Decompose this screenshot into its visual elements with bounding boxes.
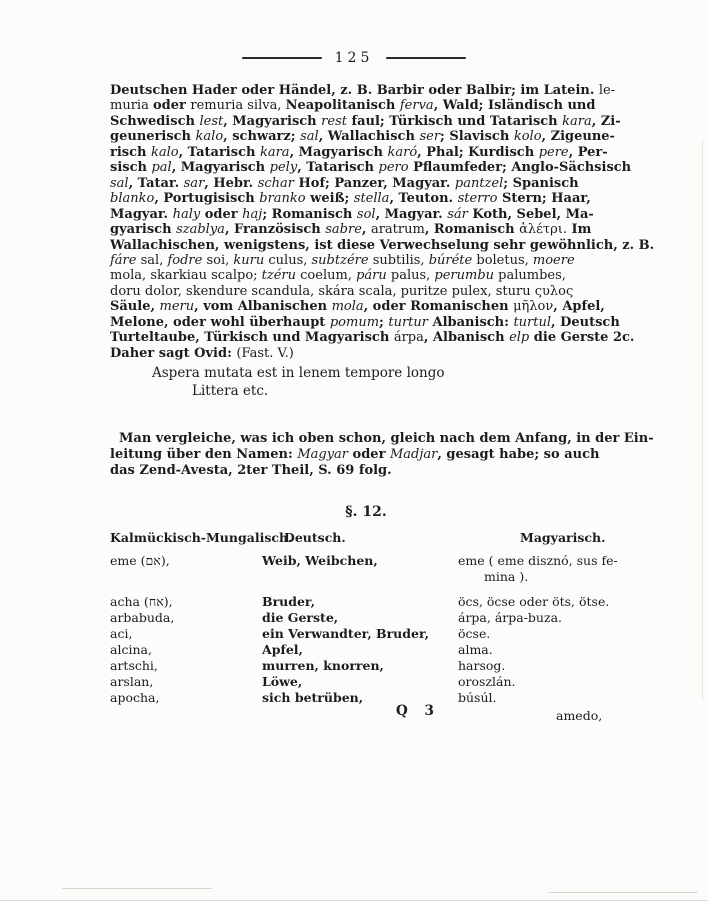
text-segment: kara — [562, 114, 592, 129]
table-row: arslan,Löwe,oroszlán. — [110, 674, 630, 690]
text-segment: pantzel — [455, 176, 503, 191]
cell-kalmuck: arslan, — [110, 674, 262, 690]
text-segment: meru — [160, 299, 195, 314]
text-segment: faul; Türkisch und Tatarisch — [347, 114, 562, 129]
text-line: das Zend-Avesta, 2ter Theil, S. 69 folg. — [110, 463, 626, 479]
text-line: Wallachischen, wenigstens, ist diese Ver… — [110, 238, 626, 253]
text-segment: ferva — [400, 98, 434, 113]
text-segment: oder — [200, 207, 242, 222]
text-segment: Koth, Sebel, Ma- — [468, 207, 594, 222]
paragraph-2: Man vergleiche, was ich oben schon, glei… — [110, 431, 626, 478]
cell-magyar: árpa, árpa-buza. — [458, 610, 630, 626]
text-line: Säule, meru, vom Albanischen mola, oder … — [110, 299, 626, 314]
text-segment: , Romanisch — [425, 222, 519, 237]
cell-deutsch: Bruder, — [262, 594, 458, 610]
text-segment: mola, skarkiau scalpo; — [110, 268, 262, 283]
text-segment: , — [362, 222, 371, 237]
text-segment: , Deutsch — [551, 315, 620, 330]
text-segment: kolo — [514, 129, 542, 144]
text-segment: , Hebr. — [204, 176, 257, 191]
table-row: acha (אח),Bruder,öcs, öcse oder öts, öts… — [110, 594, 630, 610]
text-line: doru dolor, skendure scandula, skára sca… — [110, 284, 626, 299]
text-segment: sal — [110, 176, 129, 191]
text-segment: Madjar — [390, 447, 437, 462]
text-segment: rest — [321, 114, 347, 129]
text-segment: kuru — [233, 253, 264, 268]
cell-deutsch: Weib, Weibchen, — [262, 553, 458, 585]
head-rule-left — [242, 57, 322, 59]
text-segment: sar — [184, 176, 205, 191]
text-segment: culus, — [264, 253, 311, 268]
text-segment: elp — [509, 330, 529, 345]
text-segment: das Zend-Avesta, 2ter Theil, S. 69 folg. — [110, 463, 392, 478]
table-row: arbabuda,die Gerste,árpa, árpa-buza. — [110, 610, 630, 626]
text-line: Daher sagt Ovid: (Fast. V.) — [110, 346, 626, 361]
text-segment: , Wallachisch — [319, 129, 420, 144]
text-segment: , Teuton. — [389, 191, 457, 206]
text-segment: doru dolor, skendure scandula, skára sca… — [110, 284, 573, 299]
cell-kalmuck: aci, — [110, 626, 262, 642]
text-line: sisch pal, Magyarisch pely, Tatarisch pe… — [110, 160, 626, 175]
text-segment: stella — [354, 191, 390, 206]
cell-magyar: öcs, öcse oder öts, ötse. — [458, 594, 630, 610]
text-segment: coelum, — [296, 268, 356, 283]
text-segment: moere — [533, 253, 575, 268]
cell-deutsch: die Gerste, — [262, 610, 458, 626]
text-segment: sár — [447, 207, 468, 222]
column-header-magyar: Magyarisch. — [458, 530, 630, 546]
cell-kalmuck: alcina, — [110, 642, 262, 658]
text-segment: , Phal; Kurdisch — [417, 145, 539, 160]
text-segment: Neapolitanisch — [286, 98, 400, 113]
text-segment: weiß; — [306, 191, 354, 206]
text-segment: remuria silva, — [190, 98, 285, 113]
cell-kalmuck: apocha, — [110, 690, 262, 706]
text-segment: kara — [260, 145, 290, 160]
text-segment: haj — [242, 207, 262, 222]
signature-mark: Q 3 — [396, 703, 440, 719]
text-segment: kalo — [196, 129, 224, 144]
page-number: 125 — [335, 51, 374, 65]
text-segment: Im — [567, 222, 591, 237]
text-segment: Stern; Haar, — [497, 191, 590, 206]
text-segment: geunerisch — [110, 129, 196, 144]
verse-line-2: Littera etc. — [192, 383, 445, 401]
text-segment: turtul — [513, 315, 551, 330]
text-segment: blanko — [110, 191, 154, 206]
table-row: alcina,Apfel,alma. — [110, 642, 630, 658]
text-segment: lest — [199, 114, 223, 129]
text-segment: Turteltaube, Türkisch und Magyarisch — [110, 330, 394, 345]
text-line: leitung über den Namen: Magyar oder Madj… — [110, 447, 626, 463]
text-segment: pomum — [330, 315, 379, 330]
text-segment: Deutschen Hader oder Händel, z. B. Barbi… — [110, 83, 599, 98]
book-page: 125 Deutschen Hader oder Händel, z. B. B… — [0, 0, 708, 901]
table-row: artschi,murren, knorren,harsog. — [110, 658, 630, 674]
scan-artifact — [548, 892, 698, 893]
text-segment: (Fast. V.) — [236, 346, 293, 361]
text-segment: haly — [173, 207, 201, 222]
text-segment: Magyar — [297, 447, 348, 462]
text-segment: muria — [110, 98, 153, 113]
text-line: Magyar. haly oder haj; Romanisch sol, Ma… — [110, 207, 626, 222]
text-line: blanko, Portugisisch branko weiß; stella… — [110, 191, 626, 206]
text-segment: , Tatar. — [129, 176, 184, 191]
text-segment: die Gerste 2c. — [529, 330, 634, 345]
text-segment: μῆλον — [513, 299, 553, 314]
text-segment: , Magyarisch — [290, 145, 388, 160]
text-segment: Wallachischen, wenigstens, ist diese Ver… — [110, 238, 654, 253]
text-segment: branko — [259, 191, 305, 206]
text-segment: soi, — [202, 253, 233, 268]
text-segment: Albanisch: — [428, 315, 513, 330]
text-segment: Hof; Panzer, Magyar. — [294, 176, 455, 191]
table-row: aci,ein Verwandter, Bruder,öcse. — [110, 626, 630, 642]
cell-deutsch: Löwe, — [262, 674, 458, 690]
text-segment: boletus, — [472, 253, 533, 268]
text-segment: sol — [357, 207, 376, 222]
text-line: Man vergleiche, was ich oben schon, glei… — [110, 431, 626, 447]
verse-line-1: Aspera mutata est in lenem tempore longo — [152, 365, 445, 383]
text-segment: , Wald; Isländisch und — [434, 98, 596, 113]
text-segment: , Zi- — [592, 114, 621, 129]
cell-deutsch: Apfel, — [262, 642, 458, 658]
vocab-table-header-row: Kalmückisch-Mungalisch. Deutsch. Magyari… — [110, 530, 630, 546]
text-segment: ; Slavisch — [440, 129, 514, 144]
text-segment: subtzére — [312, 253, 369, 268]
text-segment: risch — [110, 145, 151, 160]
text-line: Melone, oder wohl überhaupt pomum; turtu… — [110, 315, 626, 330]
text-segment: karó — [388, 145, 418, 160]
text-segment: , oder Romanischen — [364, 299, 513, 314]
text-segment: Schwedisch — [110, 114, 199, 129]
text-segment: gyarisch — [110, 222, 176, 237]
text-line: mola, skarkiau scalpo; tzéru coelum, pár… — [110, 268, 626, 283]
text-segment: pal — [151, 160, 171, 175]
text-segment: ἀλέτρι. — [519, 222, 567, 237]
text-segment: , Tatarisch — [297, 160, 378, 175]
text-segment: aratrum — [371, 222, 425, 237]
text-segment: schar — [258, 176, 294, 191]
text-segment: sisch — [110, 160, 151, 175]
text-segment: sal, — [136, 253, 167, 268]
text-segment: palus, — [387, 268, 435, 283]
text-segment: sabre — [325, 222, 362, 237]
text-segment: palumbes, — [494, 268, 566, 283]
cell-magyar: búsúl. — [458, 690, 630, 706]
text-segment: Man vergleiche, was ich oben schon, glei… — [119, 431, 654, 446]
text-line: risch kalo, Tatarisch kara, Magyarisch k… — [110, 145, 626, 160]
text-segment: Daher sagt Ovid: — [110, 346, 236, 361]
cell-kalmuck: arbabuda, — [110, 610, 262, 626]
text-segment: subtilis, — [369, 253, 429, 268]
cell-magyar: eme ( eme disznó, sus fe-mina ). — [458, 553, 630, 585]
text-segment: oder — [153, 98, 190, 113]
text-line: geunerisch kalo, schwarz; sal, Wallachis… — [110, 129, 626, 144]
text-segment: , Portugisisch — [154, 191, 259, 206]
text-segment: páru — [356, 268, 387, 283]
cell-kalmuck: acha (אח), — [110, 594, 262, 610]
text-segment: kalo — [151, 145, 179, 160]
text-segment: búréte — [429, 253, 473, 268]
text-segment: , Per- — [569, 145, 608, 160]
paragraph-1: Deutschen Hader oder Händel, z. B. Barbi… — [110, 83, 626, 361]
text-segment: , Magyar. — [376, 207, 448, 222]
column-header-deutsch: Deutsch. — [262, 530, 458, 546]
text-segment: , Französisch — [225, 222, 325, 237]
text-segment: Magyar. — [110, 207, 173, 222]
text-segment: , schwarz; — [223, 129, 300, 144]
text-segment: pero — [379, 160, 409, 175]
cell-deutsch: ein Verwandter, Bruder, — [262, 626, 458, 642]
cell-line: eme ( eme disznó, sus fe- — [458, 553, 630, 569]
scan-artifact — [702, 140, 703, 700]
text-segment: Säule, — [110, 299, 160, 314]
text-segment: ; Spanisch — [503, 176, 578, 191]
text-line: sal, Tatar. sar, Hebr. schar Hof; Panzer… — [110, 176, 626, 191]
catchword: amedo, — [556, 708, 602, 723]
column-header-kalmuck: Kalmückisch-Mungalisch. — [110, 530, 262, 546]
text-line: fáre sal, fodre soi, kuru culus, subtzér… — [110, 253, 626, 268]
text-line: gyarisch szablya, Französisch sabre, ara… — [110, 222, 626, 237]
text-segment: pere — [539, 145, 569, 160]
text-segment: tzéru — [262, 268, 296, 283]
text-line: muria oder remuria silva, Neapolitanisch… — [110, 98, 626, 113]
text-line: Deutschen Hader oder Händel, z. B. Barbi… — [110, 83, 626, 98]
text-segment: , Zigeune- — [542, 129, 615, 144]
text-segment: sal — [300, 129, 319, 144]
text-segment: , gesagt habe; so auch — [437, 447, 599, 462]
text-segment: pely — [270, 160, 298, 175]
cell-line: mina ). — [458, 569, 630, 585]
text-segment: sterro — [458, 191, 498, 206]
text-segment: fáre — [110, 253, 136, 268]
text-segment: ser — [419, 129, 440, 144]
running-head: 125 — [0, 49, 708, 67]
text-segment: , Magyarisch — [172, 160, 270, 175]
text-segment: szablya — [176, 222, 225, 237]
text-segment: turtur — [388, 315, 428, 330]
latin-verse: Aspera mutata est in lenem tempore longo… — [152, 365, 445, 400]
text-segment: mola — [332, 299, 364, 314]
vocab-table-body: eme (אם),Weib, Weibchen,eme ( eme disznó… — [110, 553, 630, 706]
cell-magyar: oroszlán. — [458, 674, 630, 690]
text-segment: Melone, oder wohl überhaupt — [110, 315, 330, 330]
text-segment: Pflaumfeder; Anglo-Sächsisch — [409, 160, 632, 175]
table-row: apocha,sich betrüben,búsúl. — [110, 690, 630, 706]
cell-magyar: öcse. — [458, 626, 630, 642]
text-segment: árpa — [394, 330, 424, 345]
section-heading: §. 12. — [110, 504, 622, 520]
text-segment: le- — [599, 83, 615, 98]
head-rule-right — [386, 57, 466, 59]
text-segment: fodre — [167, 253, 202, 268]
cell-kalmuck: artschi, — [110, 658, 262, 674]
cell-deutsch: murren, knorren, — [262, 658, 458, 674]
scan-artifact — [62, 888, 212, 889]
text-line: Schwedisch lest, Magyarisch rest faul; T… — [110, 114, 626, 129]
text-segment: , Tatarisch — [179, 145, 260, 160]
text-segment: oder — [348, 447, 390, 462]
cell-magyar: alma. — [458, 642, 630, 658]
table-row: eme (אם),Weib, Weibchen,eme ( eme disznó… — [110, 553, 630, 585]
vocab-table: Kalmückisch-Mungalisch. Deutsch. Magyari… — [110, 530, 630, 706]
text-segment: , Magyarisch — [223, 114, 321, 129]
cell-kalmuck: eme (אם), — [110, 553, 262, 585]
text-segment: , vom Albanischen — [194, 299, 331, 314]
text-line: Turteltaube, Türkisch und Magyarisch árp… — [110, 330, 626, 345]
cell-magyar: harsog. — [458, 658, 630, 674]
text-segment: ; — [379, 315, 388, 330]
text-segment: , Apfel, — [553, 299, 605, 314]
text-segment: , Albanisch — [424, 330, 509, 345]
text-segment: perumbu — [434, 268, 494, 283]
text-segment: ; Romanisch — [262, 207, 357, 222]
text-segment: leitung über den Namen: — [110, 447, 297, 462]
